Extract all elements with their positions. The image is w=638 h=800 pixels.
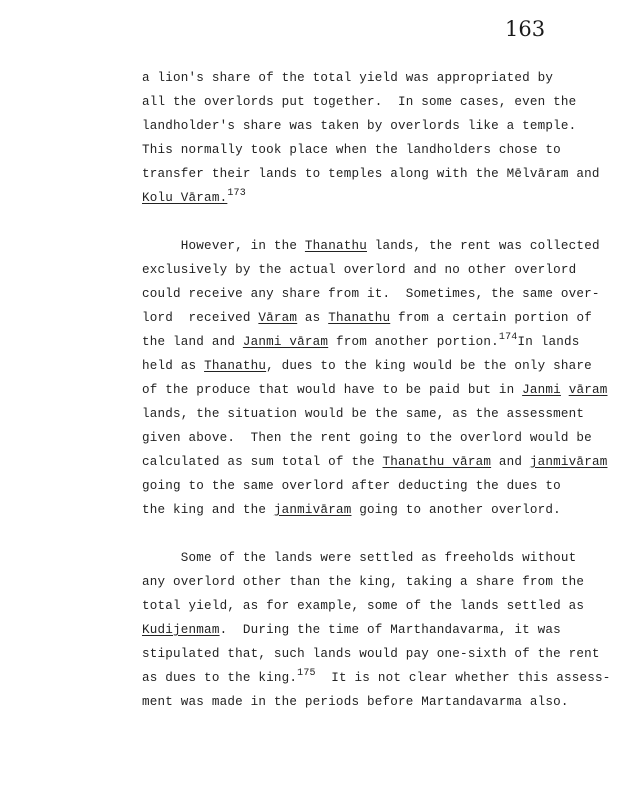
text-span: Some of the lands were settled as freeho… xyxy=(142,551,576,565)
text-span: going to the same overlord after deducti… xyxy=(142,479,561,493)
text-span: held as xyxy=(142,359,204,373)
underlined-term: vāram xyxy=(569,383,608,397)
text-line: This normally took place when the landho… xyxy=(142,138,612,162)
text-line: landholder's share was taken by overlord… xyxy=(142,114,612,138)
text-span: In lands xyxy=(517,335,579,349)
text-span: the land and xyxy=(142,335,243,349)
text-span: . During the time of Marthandavarma, it … xyxy=(220,623,561,637)
paragraph: a lion's share of the total yield was ap… xyxy=(142,66,612,210)
text-line: held as Thanathu, dues to the king would… xyxy=(142,354,612,378)
text-span: as xyxy=(297,311,328,325)
text-line: Some of the lands were settled as freeho… xyxy=(142,546,612,570)
text-span: calculated as sum total of the xyxy=(142,455,382,469)
text-line: lands, the situation would be the same, … xyxy=(142,402,612,426)
text-span: a lion's share of the total yield was ap… xyxy=(142,71,553,85)
text-line: exclusively by the actual overlord and n… xyxy=(142,258,612,282)
text-span: from another portion. xyxy=(328,335,499,349)
text-line: any overlord other than the king, taking… xyxy=(142,570,612,594)
text-span: given above. Then the rent going to the … xyxy=(142,431,592,445)
text-span: as dues to the king. xyxy=(142,671,297,685)
footnote-marker: 175 xyxy=(297,668,316,679)
text-span: transfer their lands to temples along wi… xyxy=(142,167,600,181)
paragraph-gap xyxy=(142,210,612,234)
page-number: 163 xyxy=(505,17,545,41)
text-span: ment was made in the periods before Mart… xyxy=(142,695,569,709)
text-line: the land and Janmi vāram from another po… xyxy=(142,330,612,354)
paragraph-gap xyxy=(142,522,612,546)
text-line: the king and the janmivāram going to ano… xyxy=(142,498,612,522)
text-line: calculated as sum total of the Thanathu … xyxy=(142,450,612,474)
text-line: of the produce that would have to be pai… xyxy=(142,378,612,402)
text-span: lands, the situation would be the same, … xyxy=(142,407,584,421)
text-line: lord received Vāram as Thanathu from a c… xyxy=(142,306,612,330)
text-line: transfer their lands to temples along wi… xyxy=(142,162,612,186)
text-line: going to the same overlord after deducti… xyxy=(142,474,612,498)
text-line: stipulated that, such lands would pay on… xyxy=(142,642,612,666)
text-line: given above. Then the rent going to the … xyxy=(142,426,612,450)
underlined-term: Kudijenmam xyxy=(142,623,220,637)
underlined-term: Vāram xyxy=(258,311,297,325)
text-span: exclusively by the actual overlord and n… xyxy=(142,263,576,277)
text-span: from a certain portion of xyxy=(390,311,592,325)
underlined-term: Janmi xyxy=(522,383,561,397)
underlined-term: Thanathu vāram xyxy=(382,455,491,469)
footnote-marker: 173 xyxy=(227,188,246,199)
text-span: all the overlords put together. In some … xyxy=(142,95,576,109)
text-span: , dues to the king would be the only sha… xyxy=(266,359,592,373)
text-line: ment was made in the periods before Mart… xyxy=(142,690,612,714)
text-span: and xyxy=(491,455,530,469)
text-span: However, in the xyxy=(142,239,305,253)
footnote-marker: 174 xyxy=(499,332,518,343)
text-span: landholder's share was taken by overlord… xyxy=(142,119,576,133)
text-span: lands, the rent was collected xyxy=(367,239,600,253)
document-body: a lion's share of the total yield was ap… xyxy=(142,66,612,714)
text-line: Kolu Vāram.173 xyxy=(142,186,612,210)
paragraph: Some of the lands were settled as freeho… xyxy=(142,546,612,714)
paragraph: However, in the Thanathu lands, the rent… xyxy=(142,234,612,522)
text-span: of the produce that would have to be pai… xyxy=(142,383,522,397)
text-span xyxy=(561,383,569,397)
text-line: a lion's share of the total yield was ap… xyxy=(142,66,612,90)
text-span: stipulated that, such lands would pay on… xyxy=(142,647,600,661)
text-span: any overlord other than the king, taking… xyxy=(142,575,584,589)
underlined-term: Thanathu xyxy=(305,239,367,253)
text-line: could receive any share from it. Sometim… xyxy=(142,282,612,306)
underlined-term: Kolu Vāram. xyxy=(142,191,227,205)
text-span: lord received xyxy=(142,311,258,325)
text-span: It is not clear whether this assess- xyxy=(316,671,611,685)
text-span: the king and the xyxy=(142,503,274,517)
text-line: as dues to the king.175 It is not clear … xyxy=(142,666,612,690)
text-line: total yield, as for example, some of the… xyxy=(142,594,612,618)
text-span: could receive any share from it. Sometim… xyxy=(142,287,600,301)
text-line: Kudijenmam. During the time of Marthanda… xyxy=(142,618,612,642)
text-span: total yield, as for example, some of the… xyxy=(142,599,584,613)
text-line: all the overlords put together. In some … xyxy=(142,90,612,114)
underlined-term: janmivāram xyxy=(530,455,608,469)
underlined-term: Janmi vāram xyxy=(243,335,328,349)
text-span: This normally took place when the landho… xyxy=(142,143,561,157)
text-span: going to another overlord. xyxy=(351,503,560,517)
text-line: However, in the Thanathu lands, the rent… xyxy=(142,234,612,258)
underlined-term: Thanathu xyxy=(328,311,390,325)
underlined-term: Thanathu xyxy=(204,359,266,373)
underlined-term: janmivāram xyxy=(274,503,352,517)
